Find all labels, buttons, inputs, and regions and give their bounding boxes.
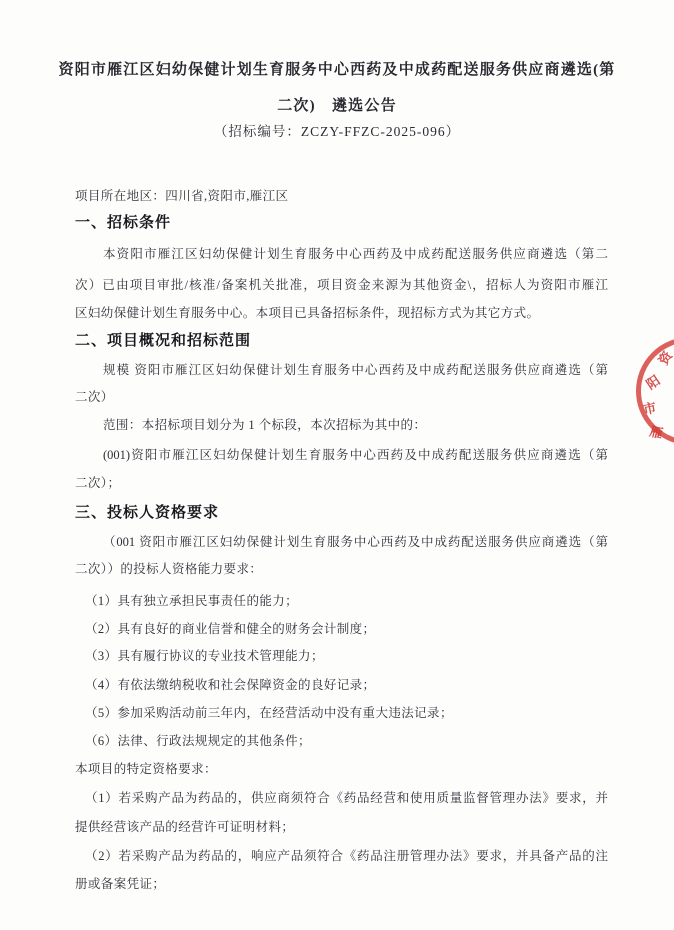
qualification-item-2: （2）具有良好的商业信誉和健全的财务会计制度； xyxy=(85,621,375,639)
specific-item-2-line-1: （2）若采购产品为药品的，响应产品须符合《药品注册管理办法》要求，并具备产品的注 xyxy=(85,848,608,866)
scale-line-2: 二次） xyxy=(75,389,114,407)
tender-number: （招标编号：ZCZY-FFZC-2025-096） xyxy=(0,123,674,142)
section-2-heading: 二、项目概况和招标范围 xyxy=(75,330,251,351)
scale-line-1: 规模 资阳市雁江区妇幼保健计划生育服务中心西药及中成药配送服务供应商遴选（第 xyxy=(103,362,608,380)
qualification-item-5: （5）参加采购活动前三年内，在经营活动中没有重大违法记录； xyxy=(85,705,453,723)
qualification-intro-line-1: （001 资阳市雁江区妇幼保健计划生育服务中心西药及中成药配送服务供应商遴选（第 xyxy=(103,534,608,552)
section-1-line-3: 区妇幼保健计划生育服务中心。本项目已具备招标条件，现招标方式为其它方式。 xyxy=(75,305,539,323)
document-page: 资阳市雁江区妇幼保健计划生育服务中心西药及中成药配送服务供应商遴选(第 二次) … xyxy=(0,0,674,930)
doc-title-line-2: 二次) 遴选公告 xyxy=(0,96,674,117)
qualification-intro-line-2: 二次））的投标人资格能力要求： xyxy=(75,561,262,579)
section-1-line-1: 本资阳市雁江区妇幼保健计划生育服务中心西药及中成药配送服务供应商遴选（第二 xyxy=(103,246,608,264)
qualification-item-3: （3）具有履行协议的专业技术管理能力； xyxy=(85,648,324,666)
specific-item-2-line-2: 册或备案凭证； xyxy=(75,876,165,894)
doc-title-line-1: 资阳市雁江区妇幼保健计划生育服务中心西药及中成药配送服务供应商遴选(第 xyxy=(0,60,674,81)
qualification-item-1: （1）具有独立承担民事责任的能力； xyxy=(85,593,298,611)
scope-line: 范围：本招标项目划分为 1 个标段，本次招标为其中的： xyxy=(103,417,426,435)
section-1-line-2: 次）已由项目审批/核准/备案机关批准，项目资金来源为其他资金\，招标人为资阳市雁… xyxy=(75,277,608,295)
qualification-item-6: （6）法律、行政法规规定的其他条件； xyxy=(85,733,311,751)
stamp-character-4: 雁 xyxy=(648,421,665,443)
lot-line-1: (001)资阳市雁江区妇幼保健计划生育服务中心西药及中成药配送服务供应商遴选（第 xyxy=(103,447,608,465)
specific-item-1-line-1: （1）若采购产品为药品的，供应商须符合《药品经营和使用质量监督管理办法》要求，并 xyxy=(85,790,608,808)
specific-item-1-line-2: 提供经营该产品的经营许可证明材料； xyxy=(75,819,294,837)
specific-requirements-heading: 本项目的特定资格要求： xyxy=(75,761,217,779)
qualification-item-4: （4）有依法缴纳税收和社会保障资金的良好记录； xyxy=(85,677,375,695)
section-3-heading: 三、投标人资格要求 xyxy=(75,502,219,523)
lot-line-2: 二次）； xyxy=(75,475,120,493)
section-1-heading: 一、招标条件 xyxy=(75,212,171,233)
project-location: 项目所在地区：四川省,资阳市,雁江区 xyxy=(75,188,288,206)
